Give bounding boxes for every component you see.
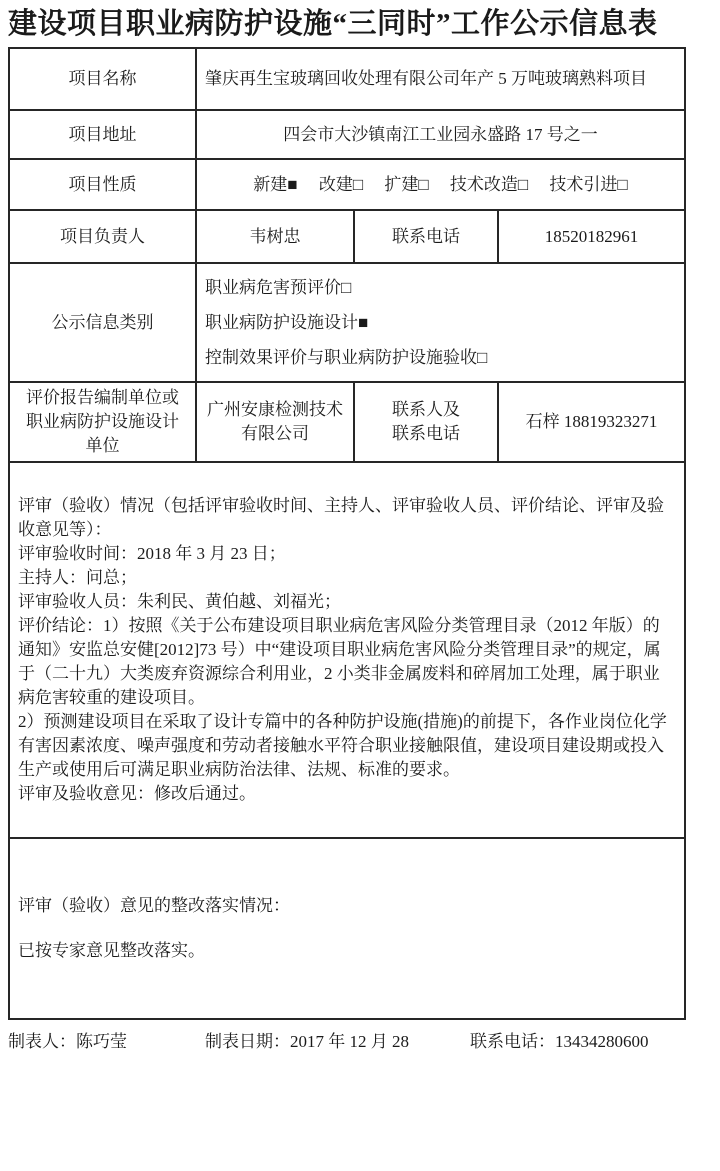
footer-preparer: 制表人：陈巧莹 xyxy=(8,1029,127,1055)
project-leader-name: 韦树忠 xyxy=(196,210,354,263)
footer: 制表人：陈巧莹 制表日期：2017 年 12 月 28 联系电话：1343428… xyxy=(0,1029,720,1055)
review-line-conclusion-1: 评价结论：1）按照《关于公布建设项目职业病危害风险分类管理目录（2012 年版）… xyxy=(18,614,676,710)
leader-phone-label: 联系电话 xyxy=(354,210,498,263)
review-line-conclusion-2: 2）预测建设项目在采取了设计专篇中的各种防护设施(措施)的前提下，各作业岗位化学… xyxy=(18,710,676,782)
review-line-opinion: 评审及验收意见：修改后通过。 xyxy=(18,782,676,806)
rectification-content: 已按专家意见整改落实。 xyxy=(18,939,676,963)
project-nature-options: 新建■ 改建□ 扩建□ 技术改造□ 技术引进□ xyxy=(196,159,685,210)
nature-option-new-checkbox: 新建■ xyxy=(253,175,297,194)
footer-date: 制表日期：2017 年 12 月 28 xyxy=(205,1029,409,1055)
project-name-value: 肇庆再生宝玻璃回收处理有限公司年产 5 万吨玻璃熟料项目 xyxy=(196,48,685,110)
review-status-text: 评审（验收）情况（包括评审验收时间、主持人、评审验收人员、评价结论、评审及验收意… xyxy=(9,462,685,838)
design-unit-contact-value: 石梓 18819323271 xyxy=(498,382,685,462)
row-design-unit: 评价报告编制单位或职业病防护设施设计单位 广州安康检测技术有限公司 联系人及 联… xyxy=(9,382,685,462)
document-page: 建设项目职业病防护设施“三同时”工作公示信息表 项目名称 肇庆再生宝玻璃回收处理… xyxy=(0,0,720,1171)
row-project-address: 项目地址 四会市大沙镇南江工业园永盛路 17 号之一 xyxy=(9,110,685,159)
nature-option-rebuild-checkbox: 改建□ xyxy=(319,175,363,194)
row-rectification: 评审（验收）意见的整改落实情况： 已按专家意见整改落实。 xyxy=(9,838,685,1019)
design-unit-company: 广州安康检测技术有限公司 xyxy=(196,382,354,462)
footer-phone: 联系电话：13434280600 xyxy=(470,1029,649,1055)
row-project-leader: 项目负责人 韦树忠 联系电话 18520182961 xyxy=(9,210,685,263)
rectification-text: 评审（验收）意见的整改落实情况： 已按专家意见整改落实。 xyxy=(9,838,685,1019)
design-unit-label: 评价报告编制单位或职业病防护设施设计单位 xyxy=(9,382,196,462)
row-project-nature: 项目性质 新建■ 改建□ 扩建□ 技术改造□ 技术引进□ xyxy=(9,159,685,210)
project-address-label: 项目地址 xyxy=(9,110,196,159)
review-line-panel: 评审验收人员：朱利民、黄伯越、刘福光； xyxy=(18,590,676,614)
project-nature-label: 项目性质 xyxy=(9,159,196,210)
design-unit-contact-label: 联系人及 联系电话 xyxy=(354,382,498,462)
nature-option-tech-upgrade-checkbox: 技术改造□ xyxy=(450,175,528,194)
review-line-date: 评审验收时间：2018 年 3 月 23 日； xyxy=(18,542,676,566)
review-line-heading: 评审（验收）情况（包括评审验收时间、主持人、评审验收人员、评价结论、评审及验收意… xyxy=(18,494,676,542)
publicity-option-effect-acceptance-checkbox: 控制效果评价与职业病防护设施验收□ xyxy=(205,340,676,375)
publicity-option-pre-evaluation-checkbox: 职业病危害预评价□ xyxy=(205,270,676,305)
row-publicity-category: 公示信息类别 职业病危害预评价□ 职业病防护设施设计■ 控制效果评价与职业病防护… xyxy=(9,263,685,382)
info-table: 项目名称 肇庆再生宝玻璃回收处理有限公司年产 5 万吨玻璃熟料项目 项目地址 四… xyxy=(8,47,686,1020)
publicity-category-label: 公示信息类别 xyxy=(9,263,196,382)
row-review-status: 评审（验收）情况（包括评审验收时间、主持人、评审验收人员、评价结论、评审及验收意… xyxy=(9,462,685,838)
leader-phone-value: 18520182961 xyxy=(498,210,685,263)
review-line-host: 主持人：问总； xyxy=(18,566,676,590)
nature-option-tech-import-checkbox: 技术引进□ xyxy=(549,175,627,194)
row-project-name: 项目名称 肇庆再生宝玻璃回收处理有限公司年产 5 万吨玻璃熟料项目 xyxy=(9,48,685,110)
nature-option-expand-checkbox: 扩建□ xyxy=(384,175,428,194)
publicity-option-facility-design-checkbox: 职业病防护设施设计■ xyxy=(205,305,676,340)
project-address-value: 四会市大沙镇南江工业园永盛路 17 号之一 xyxy=(196,110,685,159)
project-name-label: 项目名称 xyxy=(9,48,196,110)
project-leader-label: 项目负责人 xyxy=(9,210,196,263)
publicity-category-options: 职业病危害预评价□ 职业病防护设施设计■ 控制效果评价与职业病防护设施验收□ xyxy=(196,263,685,382)
contact-label-line1: 联系人及 xyxy=(363,398,489,422)
page-title: 建设项目职业病防护设施“三同时”工作公示信息表 xyxy=(8,6,720,42)
contact-label-line2: 联系电话 xyxy=(363,422,489,446)
rectification-heading: 评审（验收）意见的整改落实情况： xyxy=(18,894,676,918)
